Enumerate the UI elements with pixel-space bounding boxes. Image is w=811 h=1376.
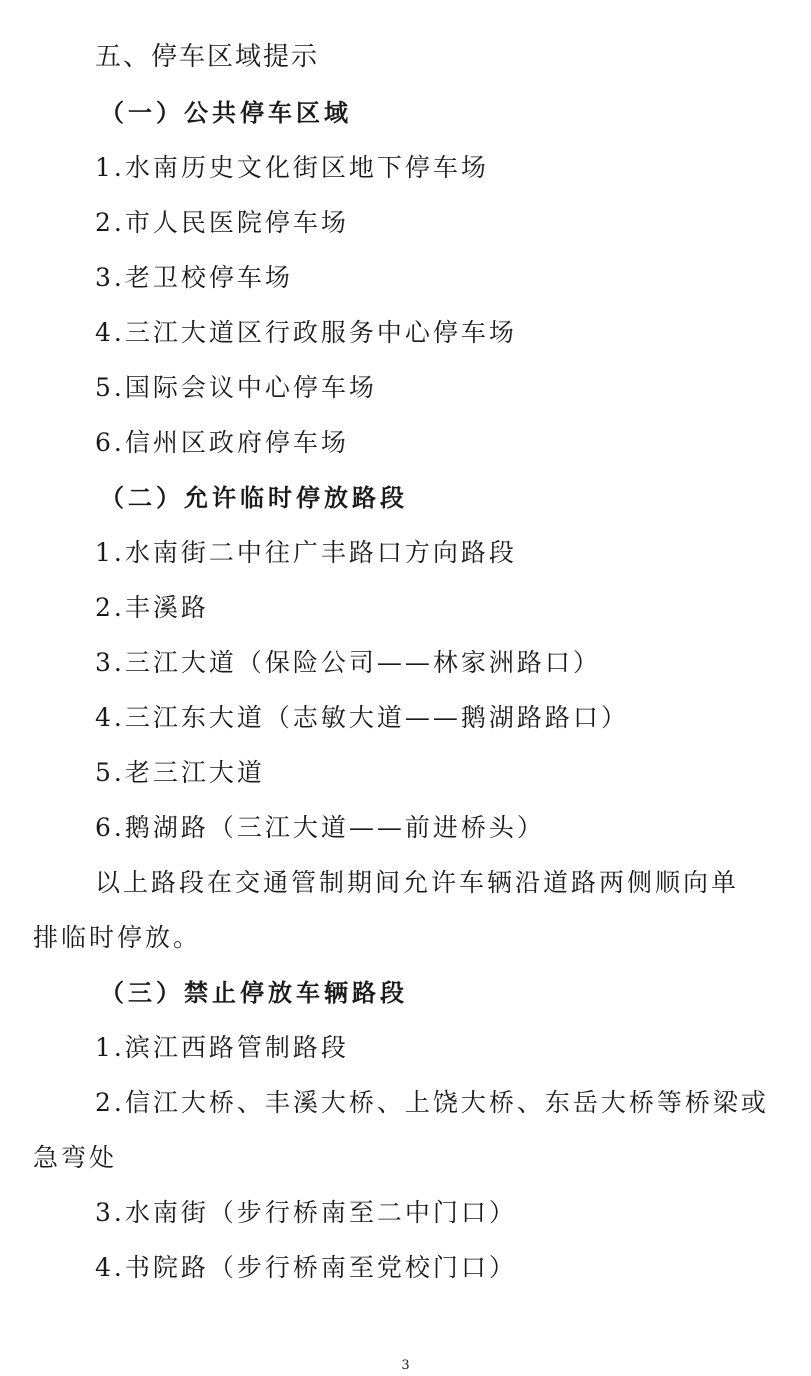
note-paragraph-line-2: 排临时停放。	[33, 923, 201, 953]
list-item: 1.水南街二中往广丰路口方向路段	[95, 538, 517, 568]
list-item: 2.市人民医院停车场	[95, 208, 349, 238]
subsection-title-public-parking: （一）公共停车区域	[100, 98, 352, 128]
list-item: 6.鹅湖路（三江大道——前进桥头）	[95, 813, 545, 843]
section-title: 五、停车区域提示	[95, 42, 319, 72]
note-paragraph-line-1: 以上路段在交通管制期间允许车辆沿道路两侧顺向单	[95, 868, 739, 898]
list-item: 4.三江东大道（志敏大道——鹅湖路路口）	[95, 703, 629, 733]
list-item: 5.老三江大道	[95, 758, 265, 788]
list-item: 4.三江大道区行政服务中心停车场	[95, 318, 517, 348]
list-item: 3.三江大道（保险公司——林家洲路口）	[95, 648, 601, 678]
list-item: 1.水南历史文化街区地下停车场	[95, 153, 489, 183]
list-item: 5.国际会议中心停车场	[95, 373, 377, 403]
list-item: 1.滨江西路管制路段	[95, 1033, 349, 1063]
list-item: 3.老卫校停车场	[95, 263, 293, 293]
list-item: 6.信州区政府停车场	[95, 428, 349, 458]
page-number: 3	[0, 1358, 811, 1373]
subsection-title-no-parking: （三）禁止停放车辆路段	[100, 978, 408, 1008]
list-item-continuation: 急弯处	[33, 1143, 117, 1173]
list-item: 4.书院路（步行桥南至党校门口）	[95, 1253, 517, 1283]
subsection-title-temporary-parking: （二）允许临时停放路段	[100, 483, 408, 513]
list-item: 3.水南街（步行桥南至二中门口）	[95, 1198, 517, 1228]
list-item: 2.信江大桥、丰溪大桥、上饶大桥、东岳大桥等桥梁或	[95, 1088, 769, 1118]
list-item: 2.丰溪路	[95, 593, 209, 623]
